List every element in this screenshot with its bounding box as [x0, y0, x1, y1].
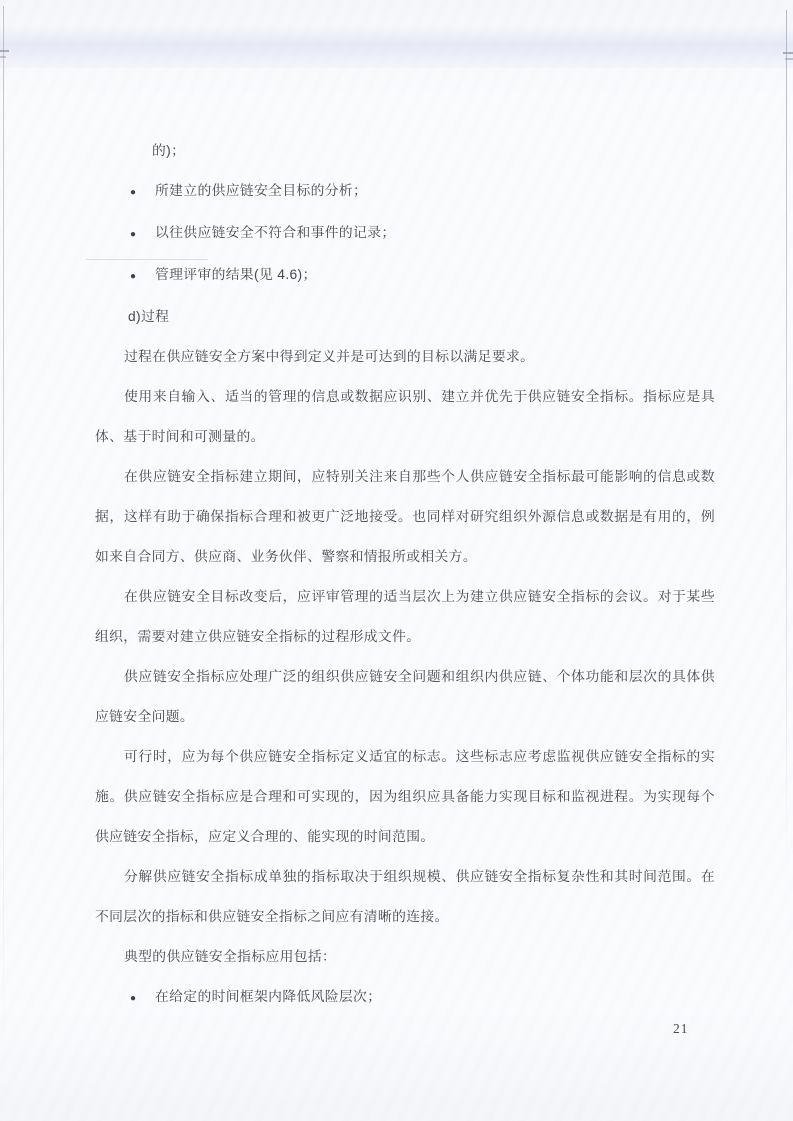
scan-artifact-band	[0, 26, 793, 68]
page-edge-right	[786, 10, 787, 870]
paragraph: 供应链安全指标应处理广泛的组织供应链安全问题和组织内供应链、个体功能和层次的具体…	[95, 657, 715, 737]
bullet-icon: ●	[130, 257, 155, 297]
list-item: ●管理评审的结果(见 4.6)；	[95, 255, 715, 297]
paragraph: 典型的供应链安全指标应用包括：	[95, 937, 715, 977]
paragraph: 使用来自输入、适当的管理的信息或数据应识别、建立并优先于供应链安全指标。指标应是…	[95, 377, 715, 457]
bullet-icon: ●	[130, 979, 155, 1019]
list-item: ●以往供应链安全不符合和事件的记录；	[95, 213, 715, 255]
list-item-text: 以往供应链安全不符合和事件的记录；	[155, 213, 396, 253]
paragraph: 过程在供应链安全方案中得到定义并是可达到的目标以满足要求。	[95, 337, 715, 377]
bullet-icon: ●	[130, 173, 155, 213]
list-item-text: 管理评审的结果(见 4.6)；	[155, 255, 317, 295]
list-item-text: 所建立的供应链安全目标的分析；	[155, 171, 367, 211]
hanging-line: 的)；	[95, 131, 715, 171]
list-label: d)过程	[95, 297, 715, 337]
scan-tick-mark	[783, 52, 793, 54]
page-edge-left	[3, 6, 4, 1066]
paragraph: 在供应链安全目标改变后，应评审管理的适当层次上为建立供应链安全指标的会议。对于某…	[95, 577, 715, 657]
paragraph: 在供应链安全指标建立期间，应特别关注来自那些个人供应链安全指标最可能影响的信息或…	[95, 457, 715, 577]
scan-tick-mark	[0, 50, 9, 52]
bullet-icon: ●	[130, 215, 155, 255]
list-item-text: 在给定的时间框架内降低风险层次；	[155, 977, 381, 1017]
scan-tick-mark	[0, 56, 6, 58]
paragraph: 分解供应链安全指标成单独的指标取决于组织规模、供应链安全指标复杂性和其时间范围。…	[95, 857, 715, 937]
list-item: ●所建立的供应链安全目标的分析；	[95, 171, 715, 213]
page-number: 21	[673, 1021, 689, 1037]
scan-tick-mark	[785, 58, 793, 60]
list-item: ●在给定的时间框架内降低风险层次；	[95, 977, 715, 1019]
scanned-document-page: { "page": { "number": "21" }, "colors": …	[0, 0, 793, 1121]
paragraph: 可行时，应为每个供应链安全指标定义适宜的标志。这些标志应考虑监视供应链安全指标的…	[95, 737, 715, 857]
document-body: 的)；●所建立的供应链安全目标的分析；●以往供应链安全不符合和事件的记录；●管理…	[95, 131, 715, 1019]
